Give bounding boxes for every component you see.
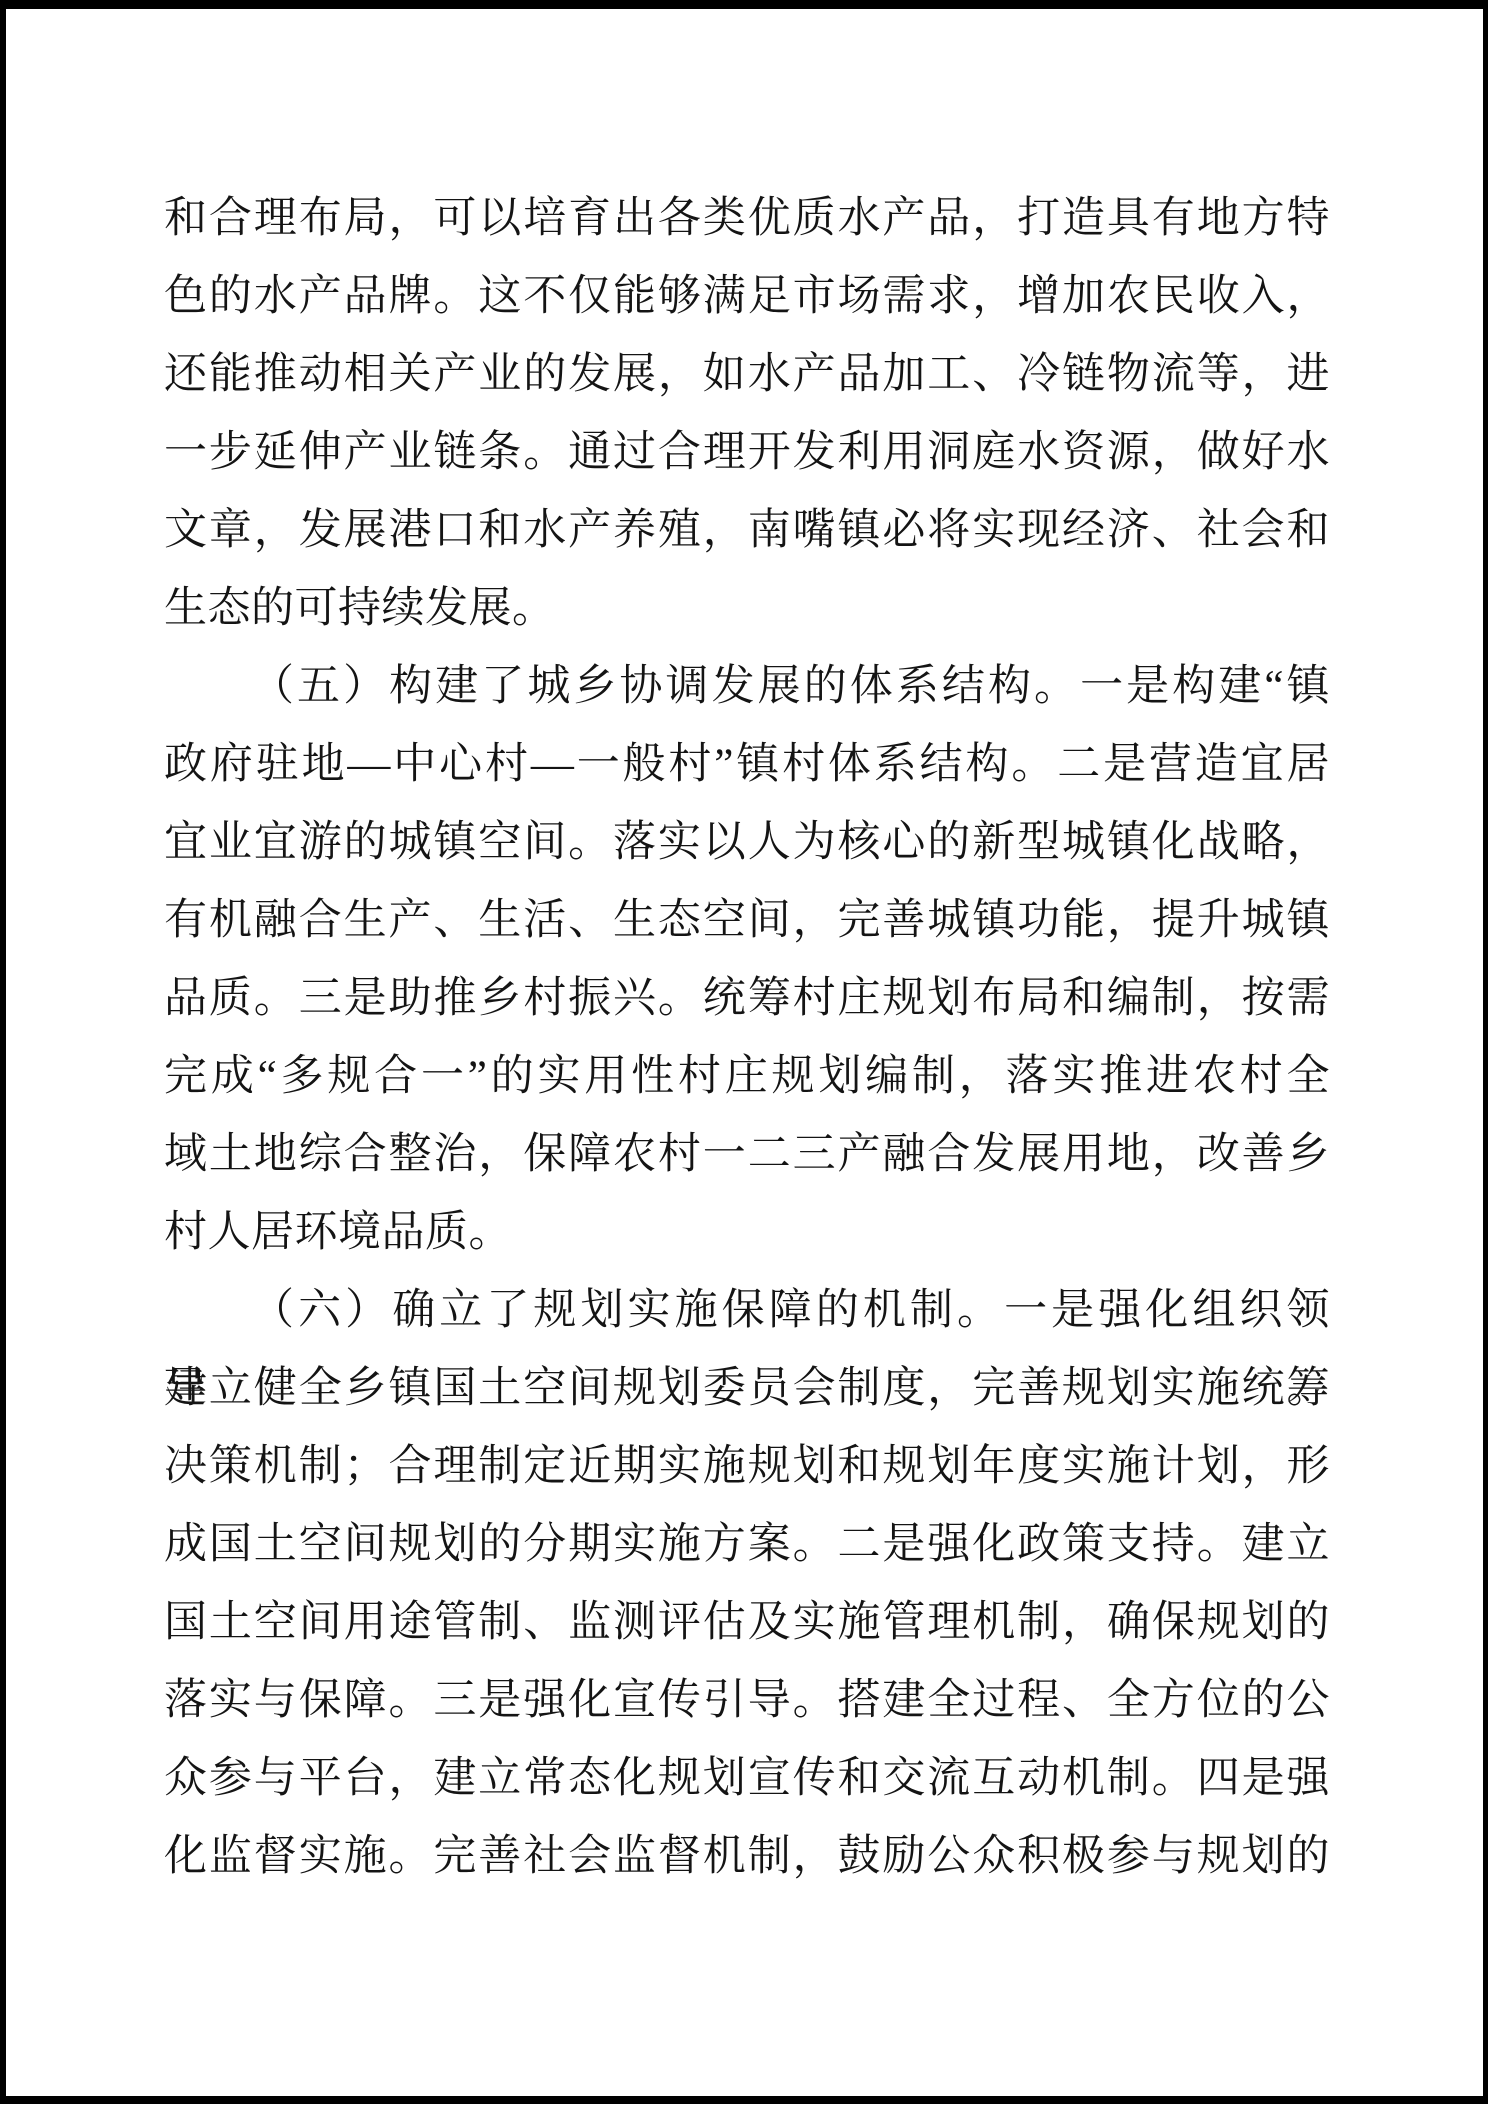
scan-edge-top xyxy=(0,0,1488,9)
body-line: 和合理布局，可以培育出各类优质水产品，打造具有地方特 xyxy=(164,180,1330,258)
scan-edge-right xyxy=(1483,0,1488,2104)
body-line: 决策机制；合理制定近期实施规划和规划年度实施计划，形 xyxy=(164,1428,1330,1506)
body-line: 色的水产品牌。这不仅能够满足市场需求，增加农民收入， xyxy=(164,258,1330,336)
body-line: 完成“多规合一”的实用性村庄规划编制，落实推进农村全 xyxy=(164,1038,1330,1116)
body-line: 成国土空间规划的分期实施方案。二是强化政策支持。建立 xyxy=(164,1506,1330,1584)
body-line-paragraph-start: （六）确立了规划实施保障的机制。一是强化组织领导。 xyxy=(164,1272,1330,1350)
body-line-paragraph-end: 生态的可持续发展。 xyxy=(164,570,1330,648)
body-line: 建立健全乡镇国土空间规划委员会制度，完善规划实施统筹 xyxy=(164,1350,1330,1428)
document-page: 和合理布局，可以培育出各类优质水产品，打造具有地方特 色的水产品牌。这不仅能够满… xyxy=(0,0,1488,2104)
scan-edge-left xyxy=(0,0,6,2104)
body-line: 品质。三是助推乡村振兴。统筹村庄规划布局和编制，按需 xyxy=(164,960,1330,1038)
body-line: 落实与保障。三是强化宣传引导。搭建全过程、全方位的公 xyxy=(164,1662,1330,1740)
body-line: 文章，发展港口和水产养殖，南嘴镇必将实现经济、社会和 xyxy=(164,492,1330,570)
body-line-paragraph-start: （五）构建了城乡协调发展的体系结构。一是构建“镇 xyxy=(164,648,1330,726)
body-line: 政府驻地—中心村—一般村”镇村体系结构。二是营造宜居 xyxy=(164,726,1330,804)
body-line-paragraph-end: 村人居环境品质。 xyxy=(164,1194,1330,1272)
body-line: 有机融合生产、生活、生态空间，完善城镇功能，提升城镇 xyxy=(164,882,1330,960)
body-line: 国土空间用途管制、监测评估及实施管理机制，确保规划的 xyxy=(164,1584,1330,1662)
scan-edge-bottom xyxy=(0,2096,1488,2104)
body-line: 宜业宜游的城镇空间。落实以人为核心的新型城镇化战略， xyxy=(164,804,1330,882)
text-block: 和合理布局，可以培育出各类优质水产品，打造具有地方特 色的水产品牌。这不仅能够满… xyxy=(164,180,1330,1896)
body-line: 域土地综合整治，保障农村一二三产融合发展用地，改善乡 xyxy=(164,1116,1330,1194)
body-line: 众参与平台，建立常态化规划宣传和交流互动机制。四是强 xyxy=(164,1740,1330,1818)
body-line: 一步延伸产业链条。通过合理开发利用洞庭水资源，做好水 xyxy=(164,414,1330,492)
body-line: 化监督实施。完善社会监督机制，鼓励公众积极参与规划的 xyxy=(164,1818,1330,1896)
body-line: 还能推动相关产业的发展，如水产品加工、冷链物流等，进 xyxy=(164,336,1330,414)
